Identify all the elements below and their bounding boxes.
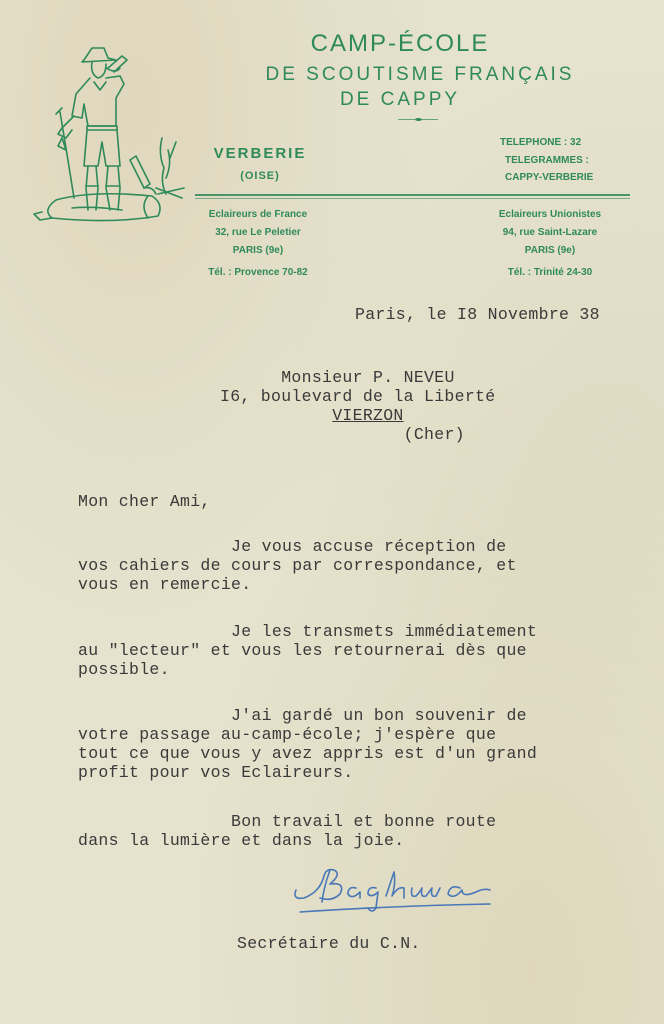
right-address-tel: Tél. : Trinité 24-30 (480, 264, 620, 282)
letter-paragraph-1: Je vous accuse réception devos cahiers d… (78, 537, 517, 594)
ornament-divider-icon (398, 118, 438, 122)
letter-paragraph-3: J'ai gardé un bon souvenir devotre passa… (78, 706, 537, 782)
paragraph-line: J'ai gardé un bon souvenir de (78, 706, 537, 725)
letter-paragraph-2: Je les transmets immédiatementau "lecteu… (78, 622, 537, 679)
recipient-city: VIERZON (332, 406, 403, 425)
left-address-block: Eclaireurs de France 32, rue Le Peletier… (198, 206, 318, 282)
letterhead-telephone: TELEPHONE : 32 (500, 137, 620, 148)
paragraph-line: Je vous accuse réception de (78, 537, 517, 556)
left-address-org: Eclaireurs de France (198, 206, 318, 224)
letterhead-telegrammes-value: CAPPY-VERBERIE (505, 172, 625, 183)
letterhead-title-line2: DE SCOUTISME FRANÇAIS (200, 64, 640, 86)
paragraph-line: possible. (78, 660, 537, 679)
right-address-city: PARIS (9e) (480, 242, 620, 260)
recipient-city-line: VIERZON (220, 406, 495, 425)
left-address-tel: Tél. : Provence 70-82 (198, 264, 318, 282)
letterhead-rule (195, 194, 630, 200)
recipient-name: Monsieur P. NEVEU (220, 368, 495, 387)
paragraph-line: vos cahiers de cours par correspondance,… (78, 556, 517, 575)
recipient-department-line: (Cher) (220, 425, 495, 444)
paragraph-line: profit pour vos Eclaireurs. (78, 763, 537, 782)
letter-paragraph-4: Bon travail et bonne routedans la lumièr… (78, 812, 496, 850)
right-address-block: Eclaireurs Unionistes 94, rue Saint-Laza… (480, 206, 620, 282)
letterhead-title-line1: CAMP-ÉCOLE (200, 30, 600, 58)
right-address-org: Eclaireurs Unionistes (480, 206, 620, 224)
scout-with-log-icon (32, 38, 192, 228)
recipient-department: (Cher) (404, 425, 465, 444)
letterhead-title-line3: DE CAPPY (200, 89, 600, 111)
signer-title: Secrétaire du C.N. (237, 934, 421, 953)
paragraph-line: dans la lumière et dans la joie. (78, 831, 496, 850)
recipient-block: Monsieur P. NEVEUI6, boulevard de la Lib… (220, 368, 495, 444)
letterhead-telegrammes-label: TELEGRAMMES : (505, 155, 625, 166)
letterhead-location: VERBERIE (205, 145, 315, 162)
paragraph-line: tout ce que vous y avez appris est d'un … (78, 744, 537, 763)
left-address-city: PARIS (9e) (198, 242, 318, 260)
handwritten-signature (290, 862, 500, 917)
paragraph-line: au "lecteur" et vous les retournerai dès… (78, 641, 537, 660)
paragraph-line: Je les transmets immédiatement (78, 622, 537, 641)
right-address-street: 94, rue Saint-Lazare (480, 224, 620, 242)
recipient-street: I6, boulevard de la Liberté (220, 387, 495, 406)
left-address-street: 32, rue Le Peletier (198, 224, 318, 242)
paragraph-line: Bon travail et bonne route (78, 812, 496, 831)
paragraph-line: votre passage au-camp-école; j'espère qu… (78, 725, 537, 744)
paragraph-line: vous en remercie. (78, 575, 517, 594)
letter-greeting: Mon cher Ami, (78, 492, 211, 511)
letterhead-region: (OISE) (205, 170, 315, 182)
letter-date: Paris, le I8 Novembre 38 (355, 305, 600, 324)
